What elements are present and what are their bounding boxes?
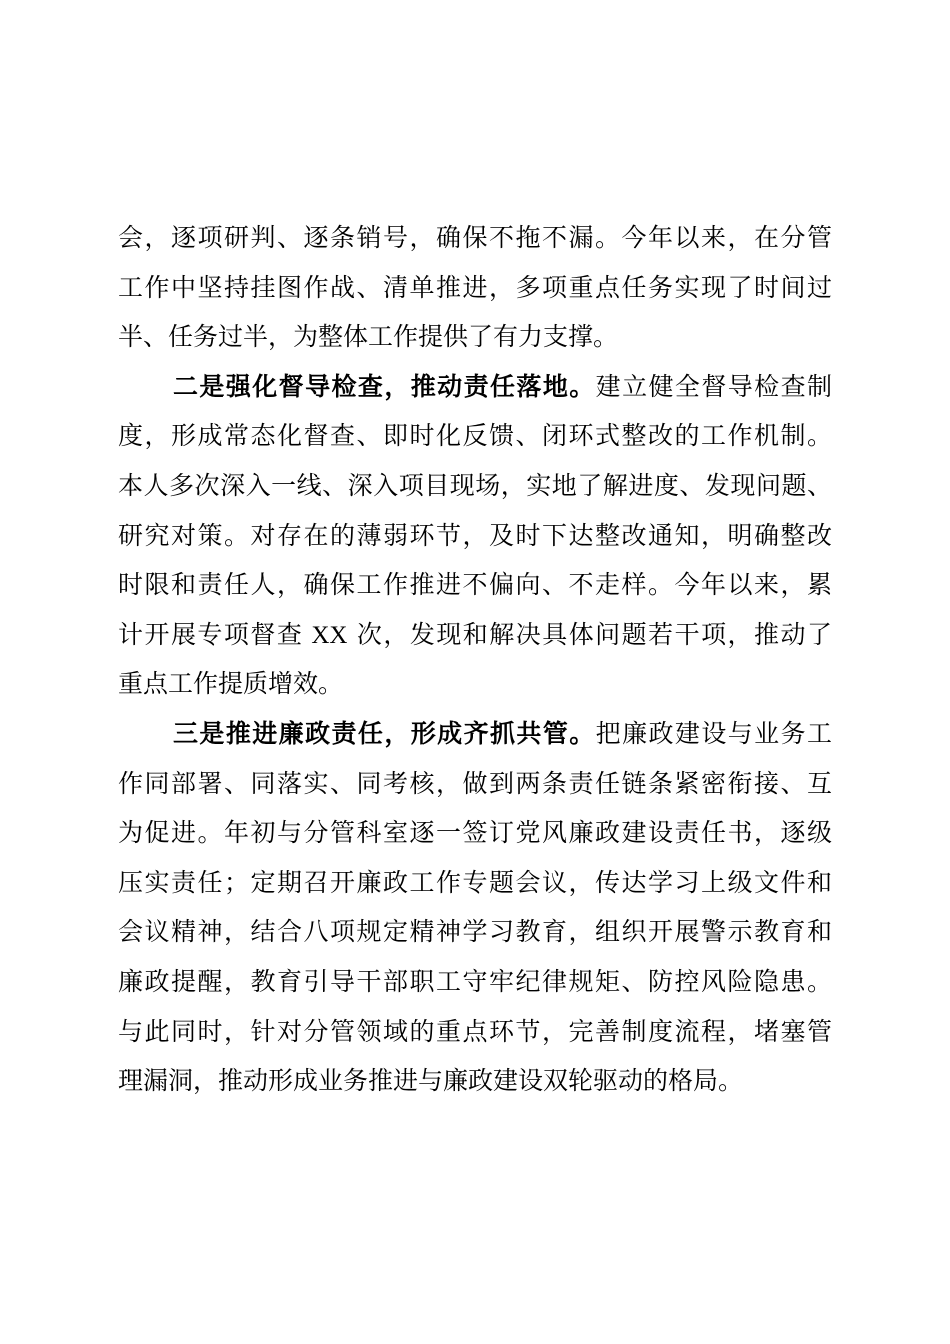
section-three-heading: 三是推进廉政责任，形成齐抓共管。 bbox=[173, 720, 596, 748]
text-line: 研究对策。对存在的薄弱环节，及时下达整改通知，明确整改 bbox=[118, 512, 832, 562]
document-page: 会，逐项研判、逐条销号，确保不拖不漏。今年以来，在分管 工作中坚持挂图作战、清单… bbox=[0, 0, 950, 1344]
paragraph-continuation: 会，逐项研判、逐条销号，确保不拖不漏。今年以来，在分管 工作中坚持挂图作战、清单… bbox=[118, 214, 832, 363]
text-line: 工作中坚持挂图作战、清单推进，多项重点任务实现了时间过 bbox=[118, 264, 832, 314]
text-line: 会，逐项研判、逐条销号，确保不拖不漏。今年以来，在分管 bbox=[118, 214, 832, 264]
text-line: 为促进。年初与分管科室逐一签订党风廉政建设责任书，逐级 bbox=[118, 809, 832, 859]
text-line: 压实责任；定期召开廉政工作专题会议，传达学习上级文件和 bbox=[118, 859, 832, 909]
placeholder-count-run: XX bbox=[311, 622, 347, 649]
document-body: 会，逐项研判、逐条销号，确保不拖不漏。今年以来，在分管 工作中坚持挂图作战、清单… bbox=[118, 214, 832, 1107]
text-run: 建立健全督导检查制 bbox=[596, 373, 832, 401]
section-two-heading: 二是强化督导检查，推动责任落地。 bbox=[173, 373, 596, 401]
text-line: 作同部署、同落实、同考核，做到两条责任链条紧密衔接、互 bbox=[118, 760, 832, 810]
text-line: 度，形成常态化督查、即时化反馈、闭环式整改的工作机制。 bbox=[118, 412, 832, 462]
paragraph-section-three: 三是推进廉政责任，形成齐抓共管。把廉政建设与业务工 作同部署、同落实、同考核，做… bbox=[118, 710, 832, 1107]
text-run: 次，发现和解决具体问题若干项，推动了 bbox=[355, 621, 832, 649]
text-line: 计开展专项督查XX次，发现和解决具体问题若干项，推动了 bbox=[118, 611, 832, 661]
text-line: 理漏洞，推动形成业务推进与廉政建设双轮驱动的格局。 bbox=[118, 1057, 832, 1107]
text-line: 半、任务过半，为整体工作提供了有力支撑。 bbox=[118, 313, 832, 363]
text-line: 与此同时，针对分管领域的重点环节，完善制度流程，堵塞管 bbox=[118, 1008, 832, 1058]
text-line: 重点工作提质增效。 bbox=[118, 660, 832, 710]
text-run: 计开展专项督查 bbox=[118, 621, 303, 649]
text-line: 会议精神，结合八项规定精神学习教育，组织开展警示教育和 bbox=[118, 908, 832, 958]
text-line: 时限和责任人，确保工作推进不偏向、不走样。今年以来，累 bbox=[118, 561, 832, 611]
paragraph-section-two: 二是强化督导检查，推动责任落地。建立健全督导检查制 度，形成常态化督查、即时化反… bbox=[118, 363, 832, 710]
text-line: 三是推进廉政责任，形成齐抓共管。把廉政建设与业务工 bbox=[118, 710, 832, 760]
text-line: 廉政提醒，教育引导干部职工守牢纪律规矩、防控风险隐患。 bbox=[118, 958, 832, 1008]
text-line: 二是强化督导检查，推动责任落地。建立健全督导检查制 bbox=[118, 363, 832, 413]
text-run: 把廉政建设与业务工 bbox=[596, 720, 832, 748]
text-line: 本人多次深入一线、深入项目现场，实地了解进度、发现问题、 bbox=[118, 462, 832, 512]
